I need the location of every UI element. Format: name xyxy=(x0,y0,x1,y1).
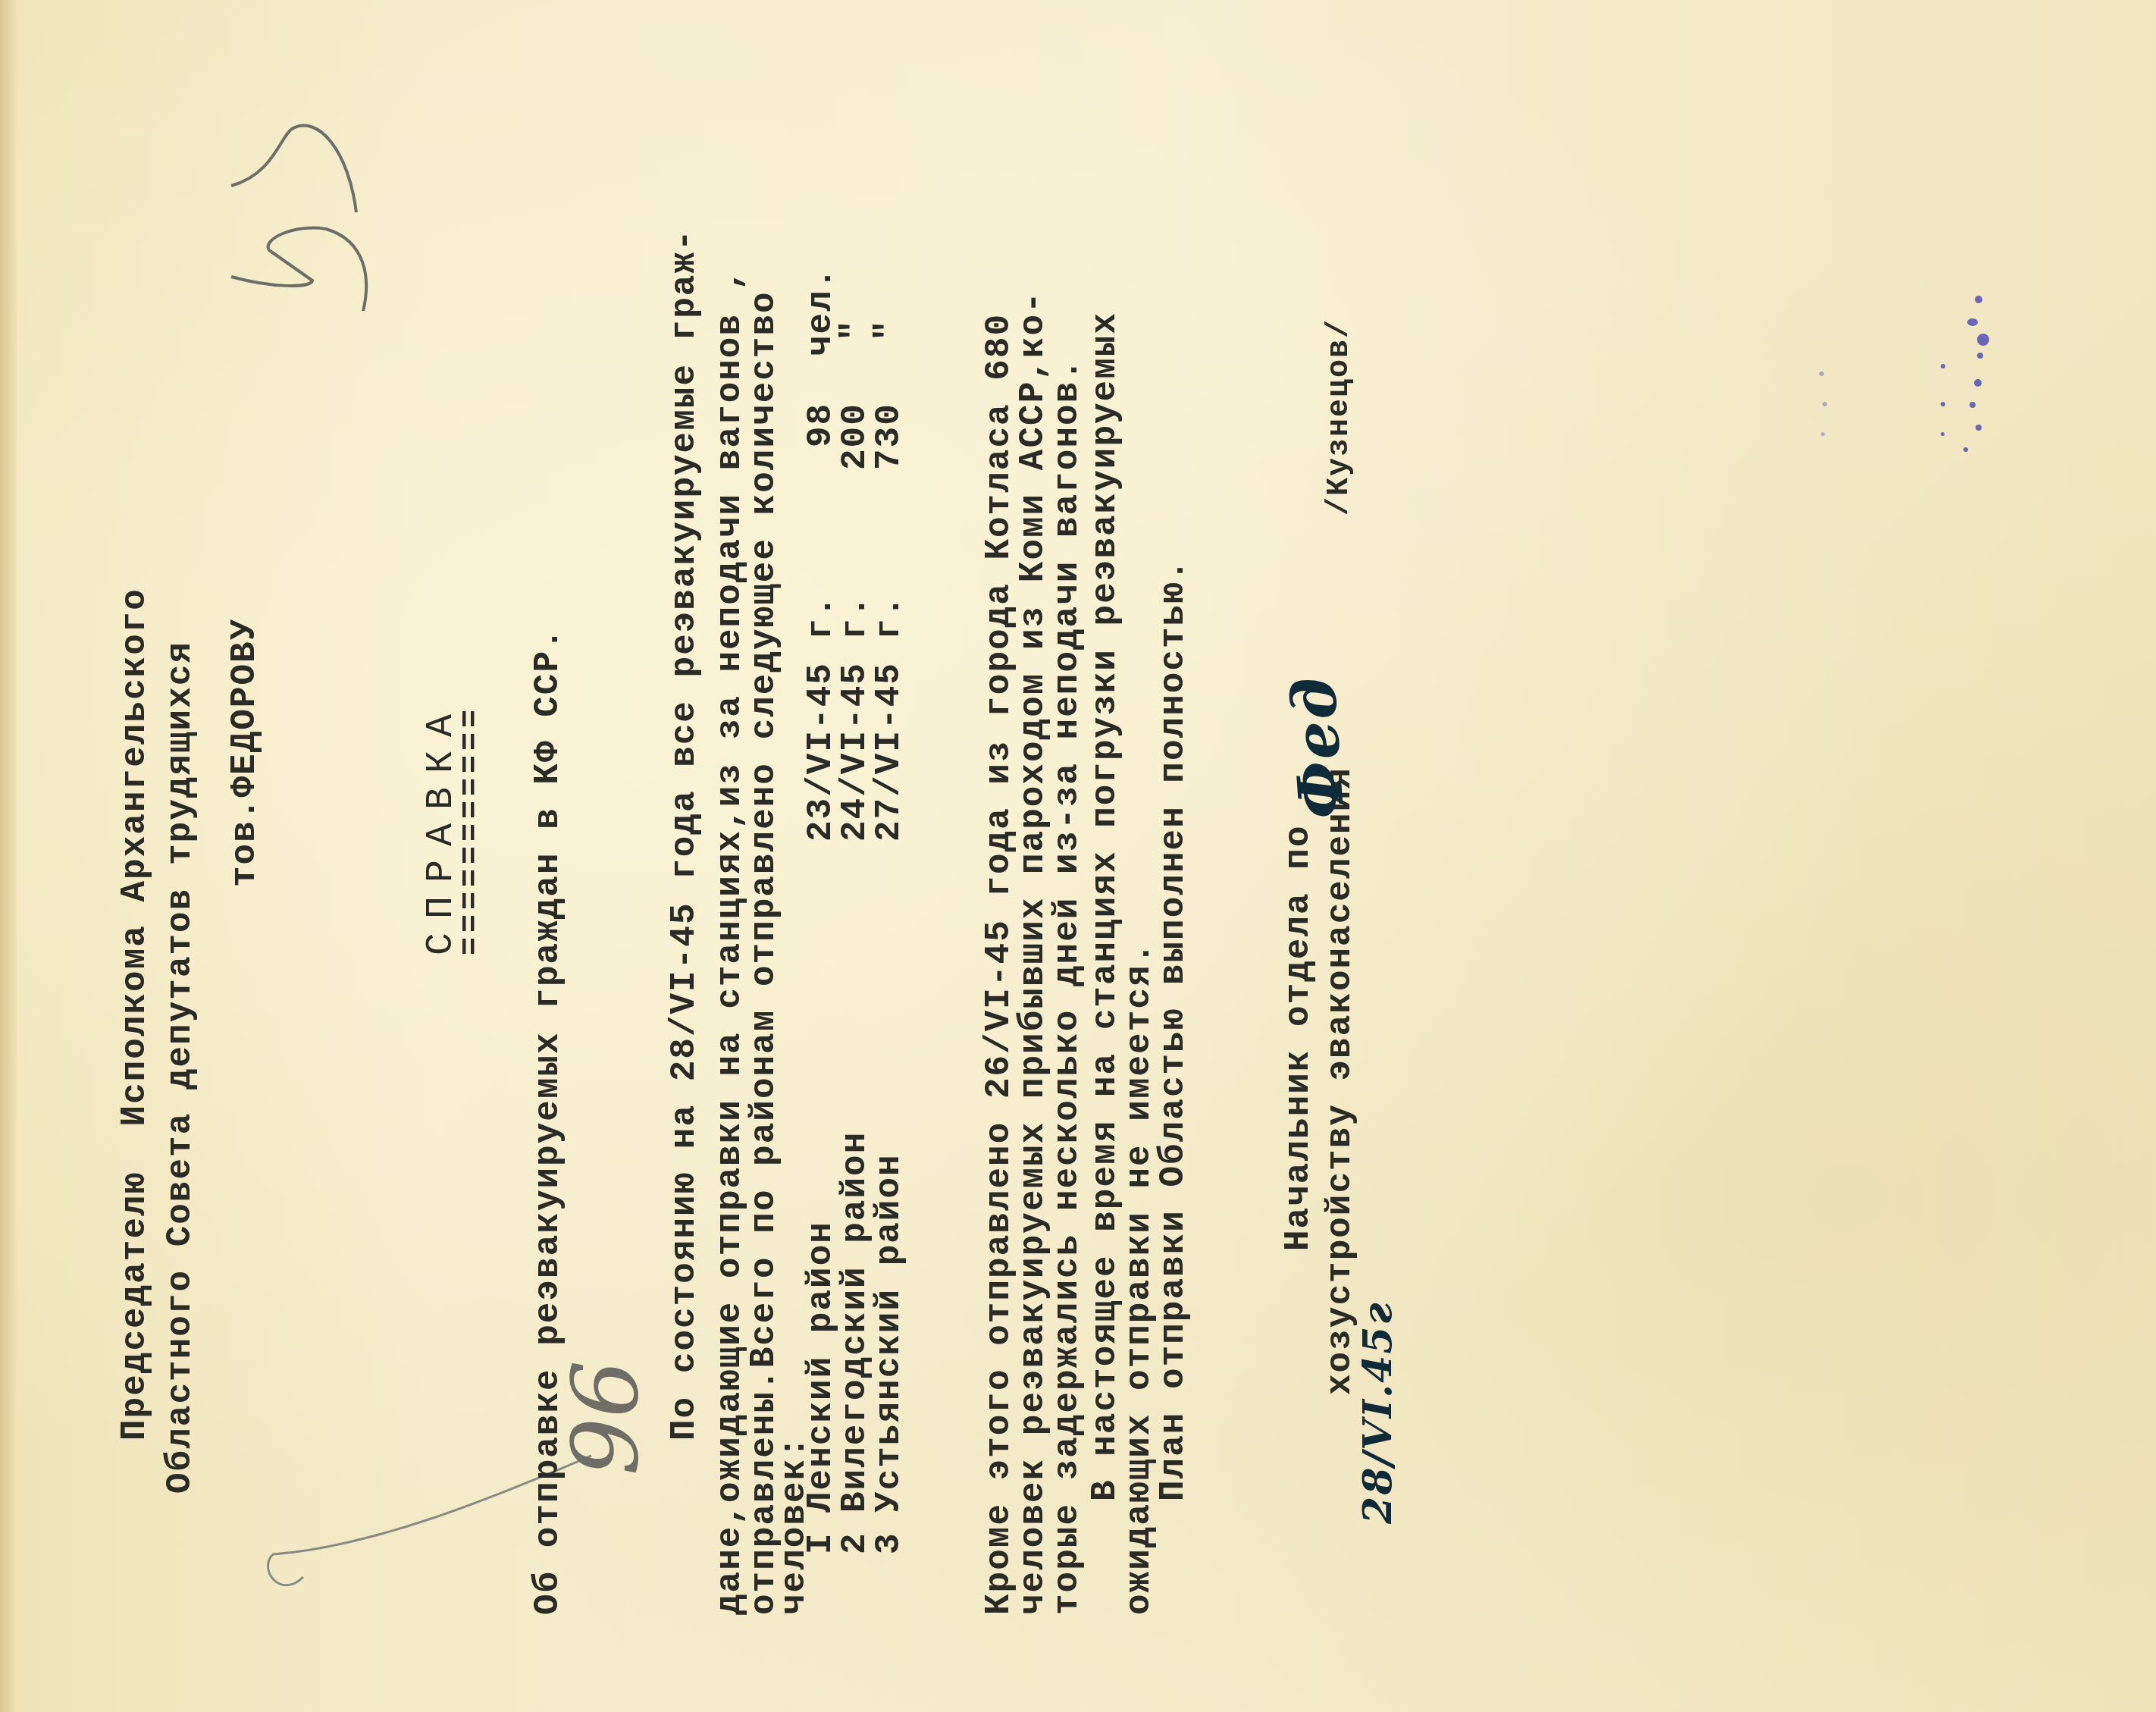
stamp-mark-faint xyxy=(1819,356,1895,584)
count-unit: " xyxy=(868,318,910,341)
title-underline: =========== xyxy=(451,705,494,955)
paragraph-1-line-1: По состоянию на 28/VI-45 года все реэвак… xyxy=(663,228,706,1441)
paragraph-1-line-3: отправлены.Всего по районам отправлено с… xyxy=(743,290,785,1615)
handwritten-signature: Фед xyxy=(1291,675,1343,820)
stamp-mark xyxy=(1941,273,2017,500)
document-page: Председателю Исполкома Архангельского Об… xyxy=(114,99,1630,1615)
addressee-line-2: Областного Совета депутатов трудящихся xyxy=(159,641,202,1494)
paper-sheet: 96 Председателю Исполкома Архангельского… xyxy=(0,0,2156,1712)
handwritten-date: 28/VI.45г xyxy=(1357,1301,1399,1524)
document-subject: Об отправке реэвакуируемых граждан в КФ … xyxy=(527,627,569,1615)
dispatch-date: 27/VI-45 г. xyxy=(868,594,910,842)
people-count: 730 xyxy=(868,403,910,470)
signatory-name: /Кузнецов/ xyxy=(1319,318,1362,516)
paragraph-4: План отправки Областью выполнен полность… xyxy=(1152,559,1195,1501)
paper-edge xyxy=(0,0,17,1712)
paragraph-2-line-3: торые задержались несколько дней из-за н… xyxy=(1046,358,1089,1615)
count-unit: чел. xyxy=(800,267,842,356)
addressee-line-3: тов.ФЕДОРОВУ xyxy=(224,618,266,887)
row-number: 3 xyxy=(868,1532,910,1554)
district-name: Устьянский район xyxy=(868,1153,910,1513)
addressee-line-1: Председателю Исполкома Архангельского xyxy=(114,588,156,1441)
signatory-position-line-1: Начальник отдела по xyxy=(1277,825,1320,1252)
